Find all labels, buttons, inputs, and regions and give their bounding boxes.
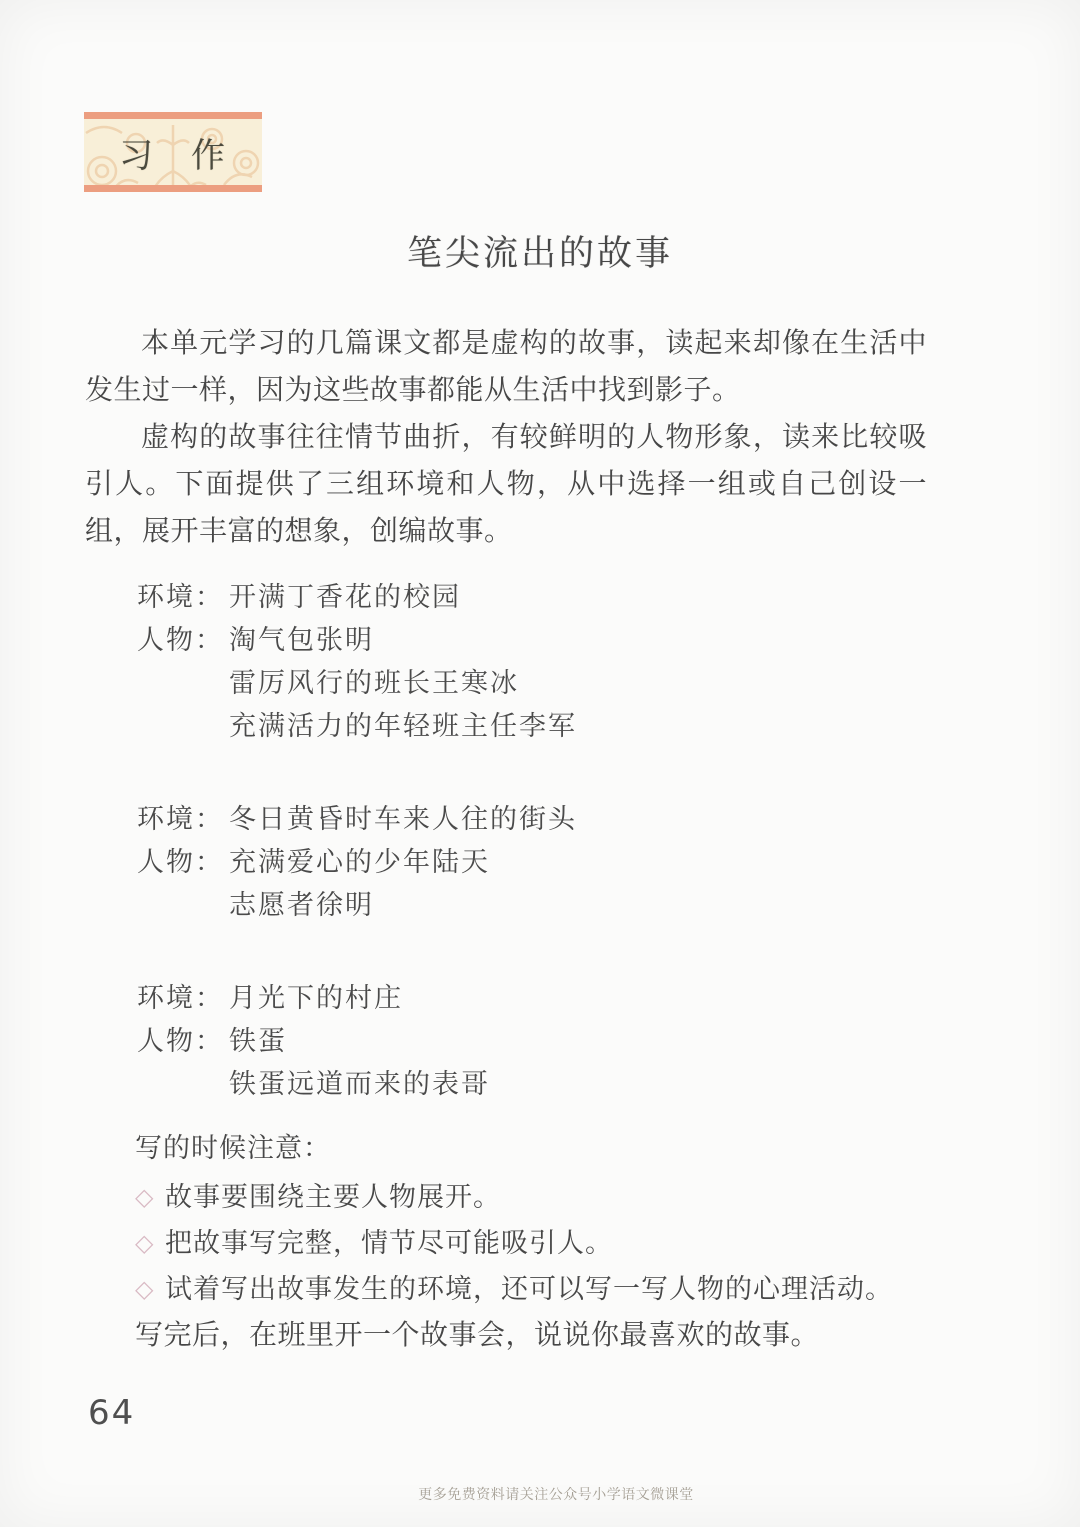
person-row: 充满活力的年轻班主任李军 xyxy=(137,705,577,748)
page-number: 64 xyxy=(88,1393,135,1433)
page-title: 笔尖流出的故事 xyxy=(0,226,1080,276)
writing-notes: 写的时候注意： ◇故事要围绕主要人物展开。◇把故事写完整，情节尽可能吸引人。◇试… xyxy=(135,1126,935,1358)
people-label-spacer xyxy=(137,662,229,705)
textbook-page: 习 作 笔尖流出的故事 本单元学习的几篇课文都是虚构的故事，读起来却像在生活中发… xyxy=(0,0,1080,1527)
people-label: 人物： xyxy=(137,1020,229,1063)
scenario-group-3: 环境：月光下的村庄人物：铁蛋铁蛋远道而来的表哥 xyxy=(137,977,577,1106)
environment-value: 开满丁香花的校园 xyxy=(229,576,461,619)
person-value: 铁蛋 xyxy=(229,1020,287,1063)
scenario-groups: 环境：开满丁香花的校园人物：淘气包张明雷厉风行的班长王寒冰充满活力的年轻班主任李… xyxy=(137,576,577,1156)
diamond-bullet-icon: ◇ xyxy=(135,1222,165,1266)
scenario-group-1: 环境：开满丁香花的校园人物：淘气包张明雷厉风行的班长王寒冰充满活力的年轻班主任李… xyxy=(137,576,577,748)
person-value: 充满爱心的少年陆天 xyxy=(229,841,490,884)
person-row: 雷厉风行的班长王寒冰 xyxy=(137,662,577,705)
intro-paragraph-2: 虚构的故事往往情节曲折，有较鲜明的人物形象，读来比较吸引人。下面提供了三组环境和… xyxy=(85,414,927,555)
intro-section: 本单元学习的几篇课文都是虚构的故事，读起来却像在生活中发生过一样，因为这些故事都… xyxy=(85,320,927,555)
diamond-bullet-icon: ◇ xyxy=(135,1268,165,1312)
person-row: 人物：铁蛋 xyxy=(137,1020,577,1063)
note-item-text: 故事要围绕主要人物展开。 xyxy=(165,1175,501,1219)
notes-list: ◇故事要围绕主要人物展开。◇把故事写完整，情节尽可能吸引人。◇试着写出故事发生的… xyxy=(135,1175,935,1313)
person-value: 铁蛋远道而来的表哥 xyxy=(229,1063,490,1106)
person-value: 雷厉风行的班长王寒冰 xyxy=(229,662,519,705)
section-badge: 习 作 xyxy=(84,112,262,192)
environment-row: 环境：冬日黄昏时车来人往的街头 xyxy=(137,798,577,841)
person-value: 淘气包张明 xyxy=(229,619,374,662)
person-value: 志愿者徐明 xyxy=(229,884,374,927)
environment-value: 月光下的村庄 xyxy=(229,977,403,1020)
people-label-spacer xyxy=(137,705,229,748)
notes-heading: 写的时候注意： xyxy=(135,1126,935,1171)
diamond-bullet-icon: ◇ xyxy=(135,1176,165,1220)
person-value: 充满活力的年轻班主任李军 xyxy=(229,705,577,748)
environment-label: 环境： xyxy=(137,977,229,1020)
people-label: 人物： xyxy=(137,619,229,662)
person-row: 人物：充满爱心的少年陆天 xyxy=(137,841,577,884)
environment-row: 环境：开满丁香花的校园 xyxy=(137,576,577,619)
environment-label: 环境： xyxy=(137,576,229,619)
closing-line: 写完后，在班里开一个故事会，说说你最喜欢的故事。 xyxy=(135,1313,935,1358)
people-label-spacer xyxy=(137,1063,229,1106)
section-badge-label: 习 作 xyxy=(119,128,227,177)
note-item-2: ◇把故事写完整，情节尽可能吸引人。 xyxy=(135,1221,935,1267)
note-item-3: ◇试着写出故事发生的环境，还可以写一写人物的心理活动。 xyxy=(135,1267,935,1313)
note-item-text: 把故事写完整，情节尽可能吸引人。 xyxy=(165,1221,613,1265)
people-label-spacer xyxy=(137,884,229,927)
note-item-text: 试着写出故事发生的环境，还可以写一写人物的心理活动。 xyxy=(165,1267,893,1311)
footer-watermark: 更多免费资料请关注公众号小学语文微课堂 xyxy=(16,1484,1080,1504)
environment-row: 环境：月光下的村庄 xyxy=(137,977,577,1020)
environment-label: 环境： xyxy=(137,798,229,841)
person-row: 人物：淘气包张明 xyxy=(137,619,577,662)
people-label: 人物： xyxy=(137,841,229,884)
environment-value: 冬日黄昏时车来人往的街头 xyxy=(229,798,577,841)
person-row: 志愿者徐明 xyxy=(137,884,577,927)
note-item-1: ◇故事要围绕主要人物展开。 xyxy=(135,1175,935,1221)
person-row: 铁蛋远道而来的表哥 xyxy=(137,1063,577,1106)
scenario-group-2: 环境：冬日黄昏时车来人往的街头人物：充满爱心的少年陆天志愿者徐明 xyxy=(137,798,577,927)
intro-paragraph-1: 本单元学习的几篇课文都是虚构的故事，读起来却像在生活中发生过一样，因为这些故事都… xyxy=(85,320,927,414)
